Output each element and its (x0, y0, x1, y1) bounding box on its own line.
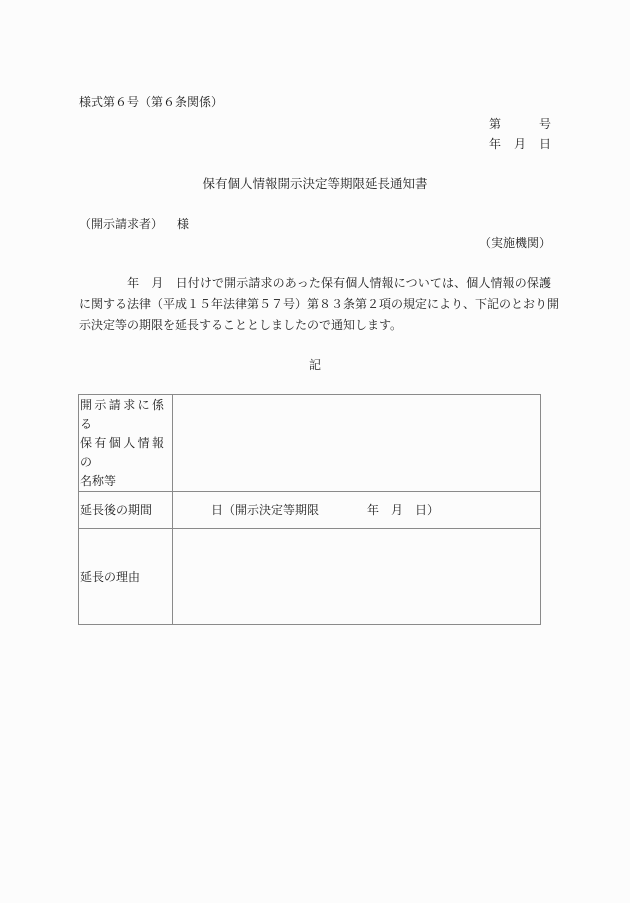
ki-heading: 記 (0, 359, 630, 371)
period-month: 月 (391, 503, 403, 517)
recipient-honorific: 様 (177, 217, 189, 231)
period-day-unit: 日（開示決定等期限 (211, 503, 319, 517)
body-month: 月 (151, 276, 163, 290)
label-line-2: 保有個人情報の (80, 434, 172, 472)
table-row-extension-reason: 延長の理由 (79, 529, 541, 625)
body-year: 年 (127, 276, 139, 290)
details-table: 開示請求に係る 保有個人情報の 名称等 延長後の期間 日（開示決定等期限年月日）… (78, 394, 541, 625)
label-extended-period: 延長後の期間 (79, 492, 173, 529)
date-year: 年 (489, 138, 501, 150)
sender-agency: （実施機関） (479, 237, 551, 249)
body-paragraph: 年月日付けで開示請求のあった保有個人情報については、個人情報の保護 に関する法律… (79, 273, 551, 336)
form-number: 様式第６号（第６条関係） (79, 96, 223, 108)
value-extended-period[interactable]: 日（開示決定等期限年月日） (173, 492, 541, 529)
period-year: 年 (367, 503, 379, 517)
body-line-1: 年月日付けで開示請求のあった保有個人情報については、個人情報の保護 (79, 273, 551, 294)
label-line-3: 名称等 (80, 472, 172, 491)
document-date: 年 月 日 (489, 138, 551, 150)
document-number: 第 号 (489, 118, 551, 130)
doc-number-prefix: 第 (489, 118, 501, 130)
doc-number-suffix: 号 (539, 118, 551, 130)
document-title: 保有個人情報開示決定等期限延長通知書 (0, 178, 630, 191)
label-extension-reason: 延長の理由 (79, 529, 173, 625)
recipient: （開示請求者）様 (79, 218, 189, 230)
table-row-extended-period: 延長後の期間 日（開示決定等期限年月日） (79, 492, 541, 529)
body-line-2: に関する法律（平成１５年法律第５７号）第８３条第２項の規定により、下記のとおり開 (79, 294, 551, 315)
label-line-1: 開示請求に係る (80, 396, 172, 434)
date-day: 日 (539, 138, 551, 150)
label-target-info: 開示請求に係る 保有個人情報の 名称等 (79, 395, 173, 492)
recipient-name: （開示請求者） (79, 217, 163, 231)
value-extension-reason[interactable] (173, 529, 541, 625)
body-line1-rest: 日付けで開示請求のあった保有個人情報については、個人情報の保護 (176, 276, 551, 290)
date-month: 月 (514, 138, 526, 150)
value-target-info[interactable] (173, 395, 541, 492)
period-day-close: 日） (415, 503, 439, 517)
table-row-target-info: 開示請求に係る 保有個人情報の 名称等 (79, 395, 541, 492)
body-line-3: 示決定等の期限を延長することとしましたので通知します。 (79, 315, 551, 336)
